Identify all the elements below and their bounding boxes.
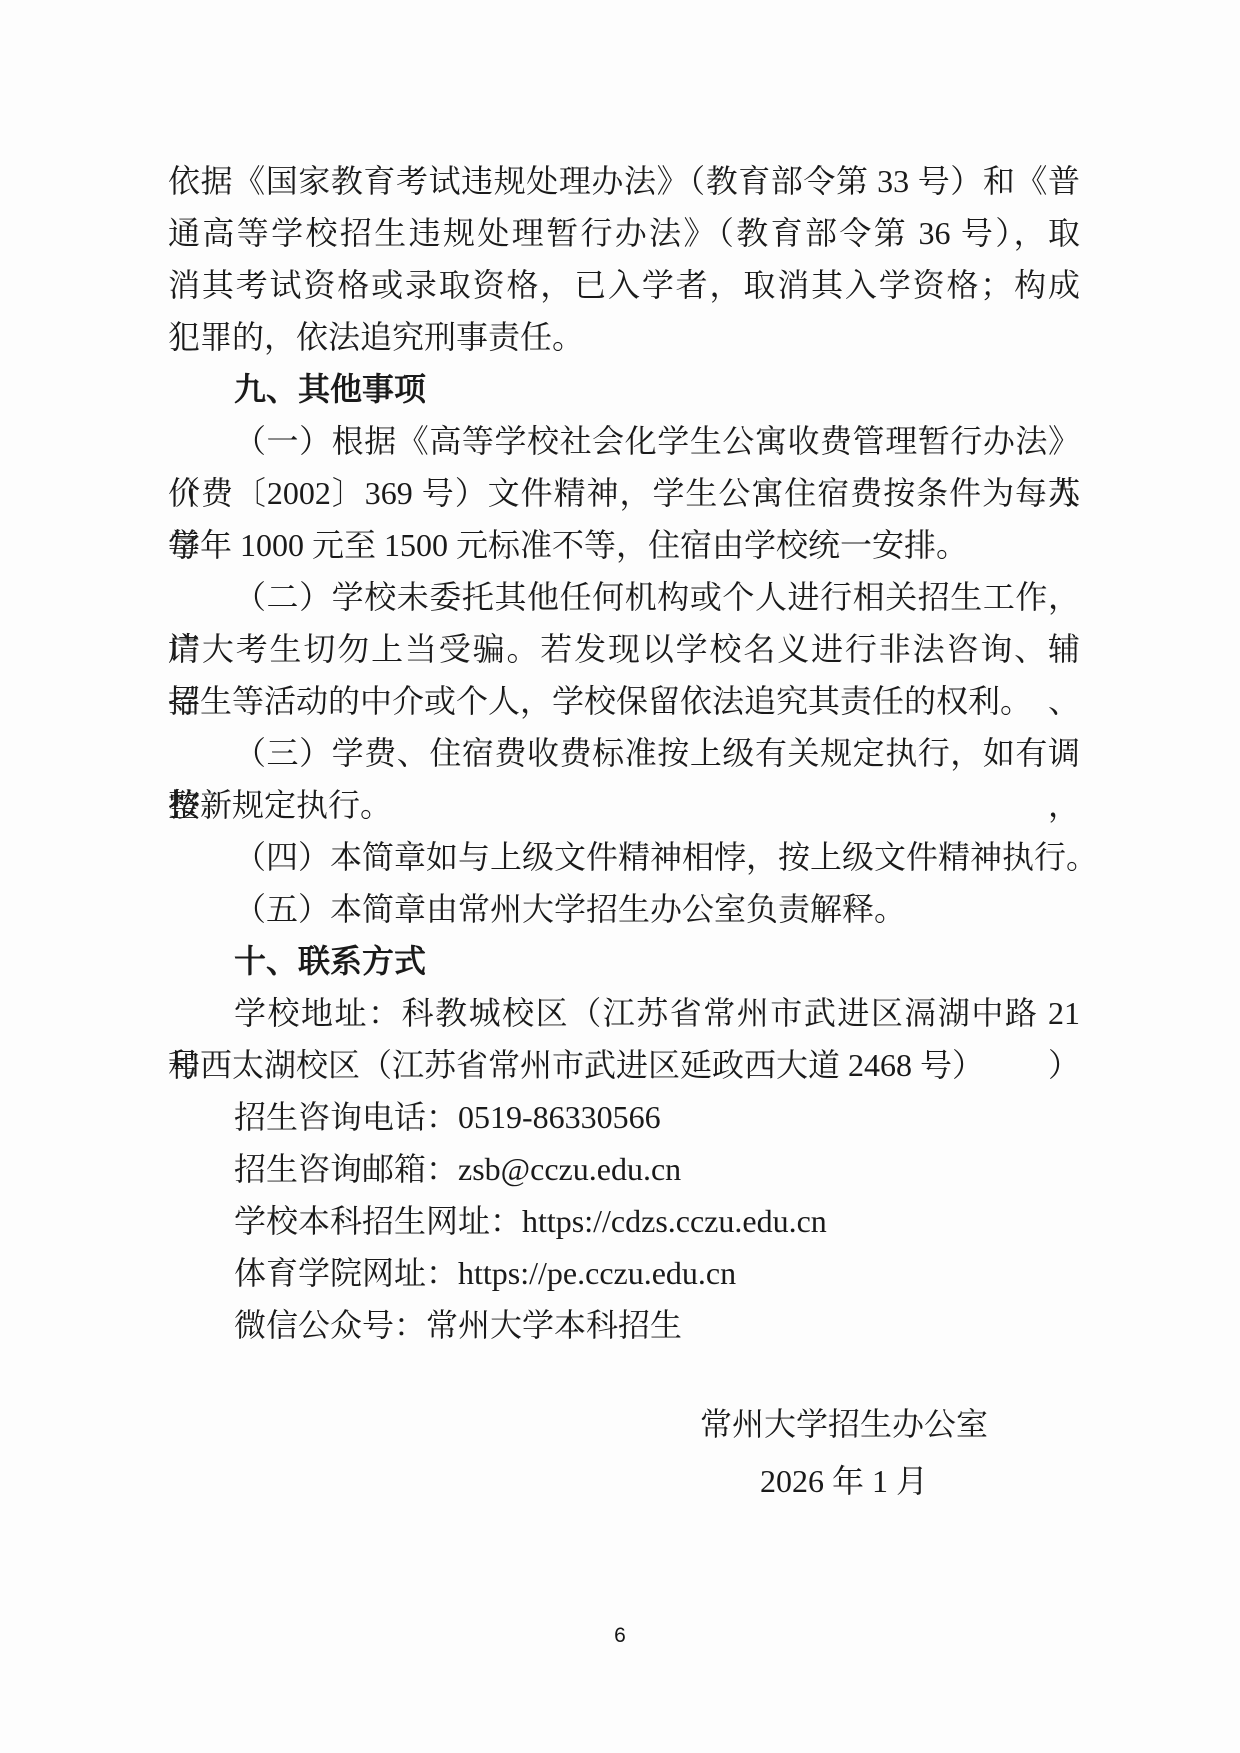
signature-org: 常州大学招生办公室: [698, 1396, 990, 1453]
text-line: 学校本科招生网址：https://cdzs.cczu.edu.cn: [168, 1195, 1080, 1247]
text-line: 犯罪的，依法追究刑事责任。: [168, 311, 1080, 363]
text-line: 消其考试资格或录取资格，已入学者，取消其入学资格；构成: [168, 259, 1080, 311]
text-line: （三）学费、住宿费收费标准按上级有关规定执行，如有调整，: [168, 727, 1080, 779]
text-line: （四）本简章如与上级文件精神相悖，按上级文件精神执行。: [168, 831, 1080, 883]
text-line: 和西太湖校区（江苏省常州市武进区延政西大道 2468 号）: [168, 1039, 1080, 1091]
text-line: 通高等学校招生违规处理暂行办法》（教育部令第 36 号），取: [168, 207, 1080, 259]
section-heading: 十、联系方式: [168, 935, 1080, 987]
text-line: 价费〔2002〕369 号）文件精神，学生公寓住宿费按条件为每人每: [168, 467, 1080, 519]
text-line: （一）根据《高等学校社会化学生公寓收费管理暂行办法》（苏: [168, 415, 1080, 467]
signature-block: 常州大学招生办公室 2026 年 1 月: [698, 1396, 990, 1510]
text-line: （五）本简章由常州大学招生办公室负责解释。: [168, 883, 1080, 935]
text-line: （二）学校未委托其他任何机构或个人进行相关招生工作，请: [168, 571, 1080, 623]
page-number: 6: [0, 1624, 1240, 1648]
document-body: 依据《国家教育考试违规处理办法》（教育部令第 33 号）和《普通高等学校招生违规…: [168, 155, 1080, 1351]
text-line: 微信公众号：常州大学本科招生: [168, 1299, 1080, 1351]
document-page: 依据《国家教育考试违规处理办法》（教育部令第 33 号）和《普通高等学校招生违规…: [0, 0, 1240, 1753]
signature-date: 2026 年 1 月: [698, 1453, 990, 1510]
text-line: 招生咨询邮箱：zsb@cczu.edu.cn: [168, 1143, 1080, 1195]
text-line: 学年 1000 元至 1500 元标准不等，住宿由学校统一安排。: [168, 519, 1080, 571]
text-line: 学校地址：科教城校区（江苏省常州市武进区滆湖中路 21 号）: [168, 987, 1080, 1039]
text-line: 招生咨询电话：0519-86330566: [168, 1091, 1080, 1143]
text-line: 体育学院网址：https://pe.cczu.edu.cn: [168, 1247, 1080, 1299]
text-line: 广大考生切勿上当受骗。若发现以学校名义进行非法咨询、辅导、: [168, 623, 1080, 675]
section-heading: 九、其他事项: [168, 363, 1080, 415]
text-line: 依据《国家教育考试违规处理办法》（教育部令第 33 号）和《普: [168, 155, 1080, 207]
text-line: 招生等活动的中介或个人，学校保留依法追究其责任的权利。: [168, 675, 1080, 727]
